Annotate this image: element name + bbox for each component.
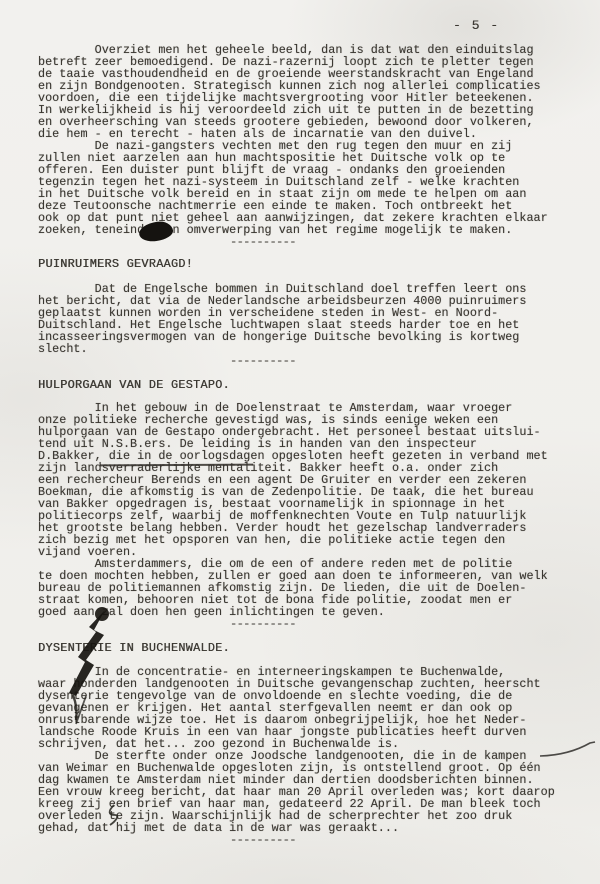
section-separator: ---------- <box>38 355 578 367</box>
pen-swoosh-artifact <box>538 740 598 760</box>
section-puinruimers-text: Dat de Engelsche bommen in Duitschland d… <box>38 283 578 355</box>
ink-scribble-artifact <box>104 803 122 827</box>
heading-hulporgaan-gestapo: HULPORGAAN VAN DE GESTAPO. <box>38 379 578 391</box>
heading-puinruimers-gevraagd: PUINRUIMERS GEVRAAGD! <box>38 258 578 270</box>
scanned-document-page: - 5 - Overziet men het geheele beeld, da… <box>0 0 600 884</box>
ink-streak-artifact <box>50 604 120 749</box>
section-separator: ---------- <box>38 834 578 846</box>
page-number: - 5 - <box>453 18 500 33</box>
section-separator: ---------- <box>38 236 578 248</box>
lead-article-text: Overziet men het geheele beeld, dan is d… <box>38 44 578 236</box>
section-hulporgaan-text: In het gebouw in de Doelenstraat te Amst… <box>38 402 578 618</box>
